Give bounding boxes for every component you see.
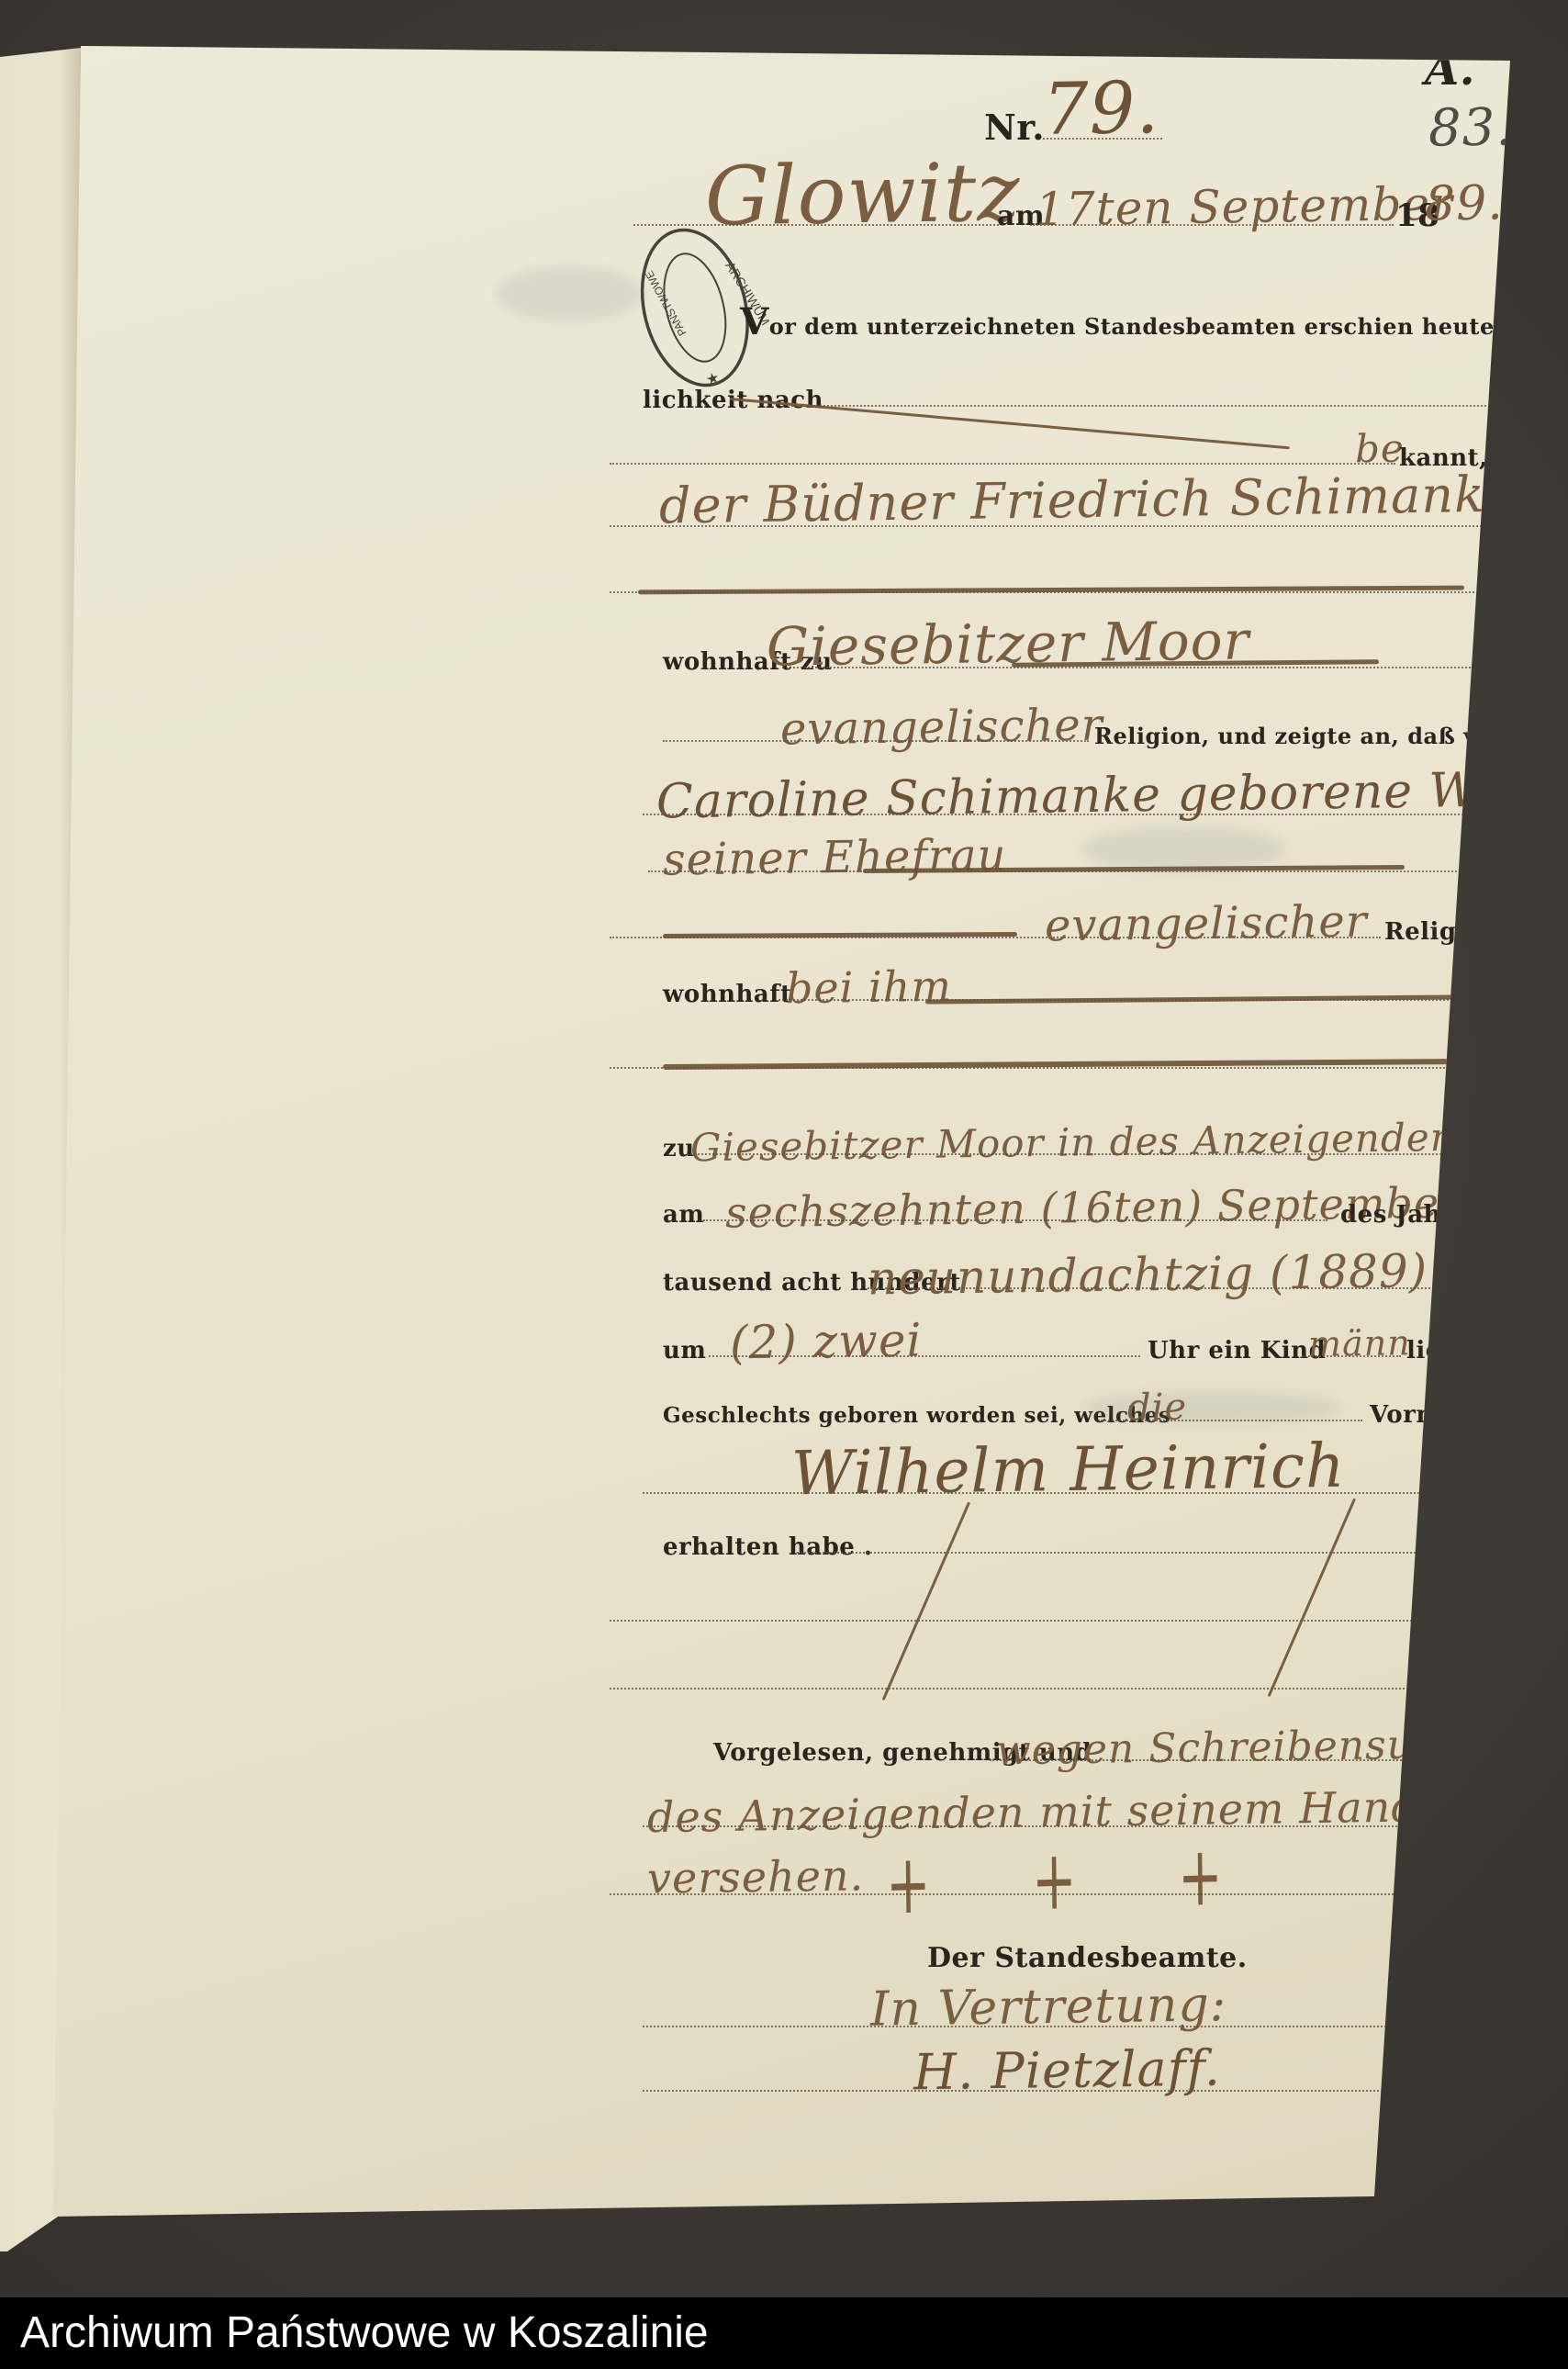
die-dotted-line [1098,1420,1362,1421]
year-written: 89. [1425,179,1504,228]
vorgelesen-dotted-line [990,1759,1507,1761]
paper-stain [496,266,643,321]
vorgelesen-handwritten: wegen Schreibensunkunde [996,1723,1568,1772]
cancel-slash-left [882,1501,970,1701]
gender-dotted-line [1302,1355,1401,1357]
birth-place-dotted-line [687,1153,1507,1155]
birth-place: Giesebitzer Moor in des Anzeigenden Wohn… [690,1116,1568,1168]
register-page: A. 83. Nr. 79. Glowitz am 17ten Septembe… [0,0,1568,2369]
signature-dotted-line [643,2090,1507,2092]
uhr-ein-kind-label: Uhr ein Kind [1148,1339,1326,1363]
standesbeamte-label: Der Standesbeamte. [927,1945,1248,1972]
year-dotted-line [868,1287,1473,1289]
intro-line: Vor dem unterzeichneten Standesbeamten e… [740,303,1568,340]
archive-watermark-bar: Archiwum Państwowe w Koszalinie [0,2297,1568,2369]
religion1-printed: Religion, und zeigte an, daß von der [1094,725,1559,747]
hour-dotted-line [709,1355,1140,1357]
cancel-slash-right [1268,1498,1356,1697]
date-value: 17ten September [1036,181,1453,232]
mother-name: Caroline Schimanke geborene Wanetke [656,764,1568,825]
child-name-dotted-line [643,1492,1507,1494]
archive-watermark-text: Archiwum Państwowe w Koszalinie [20,2308,709,2357]
am2-label: am [663,1203,704,1227]
archive-photo: A. 83. Nr. 79. Glowitz am 17ten Septembe… [0,0,1568,2369]
des-jahres-label: des Jahres [1340,1203,1484,1227]
year-words: neunundachtzig (1889) Nacht [868,1246,1568,1302]
declarant-name: der Büdner Friedrich Schimanke [659,469,1516,531]
erhalten-label: erhalten habe . [663,1535,872,1559]
residence-dotted-line [782,667,1507,668]
vertretung-dotted-line [643,2026,1507,2027]
bekannt-dotted-line [610,463,1395,465]
religion1-handwritten: evangelischer [780,703,1103,752]
religion2-handwritten: evangelischer [1045,900,1368,949]
handzeichen-crosses: + + + [886,1833,1266,1926]
declarant-dotted-line [610,525,1507,527]
lichkeit-dotted-line [791,405,1507,407]
nr-value: 79. [1042,73,1159,146]
erhalten-dotted-line [797,1552,1507,1554]
stamp-star-icon: ★ [704,368,722,388]
ink-ghost-smudge [1083,1392,1340,1423]
bekannt-handwritten: be [1355,430,1405,469]
hour-value: (2) zwei [730,1318,923,1366]
cancel-stroke-5 [925,994,1462,1004]
page-number-pencil: 83. [1428,102,1514,154]
handzeichen-dotted-line [643,1825,1507,1827]
mother-relation: seiner Ehefrau [663,833,1007,881]
versehen-dotted-line [610,1893,1507,1895]
empty-dotted-line-3 [610,1620,1507,1622]
vornamen-label: Vornamen [1370,1403,1509,1427]
child-name: Wilhelm Heinrich [791,1436,1346,1504]
nr-label: Nr. [984,110,1045,145]
nr-dotted-line [1043,138,1162,140]
lichen-label: lichen [1406,1339,1492,1363]
mother-dotted-line [643,814,1507,815]
paper-stain [1083,826,1285,872]
religion1-dotted-line [663,740,1089,742]
empty-dotted-line-4 [610,1688,1507,1690]
series-letter: A. [1425,48,1475,92]
wohnhaft-label: wohnhaft [663,982,791,1006]
s-suffix: s [1480,1271,1494,1295]
religion2-printed: Religion, [1384,920,1509,944]
um-label: um [663,1339,706,1363]
birth-day-dotted-line [703,1219,1327,1221]
